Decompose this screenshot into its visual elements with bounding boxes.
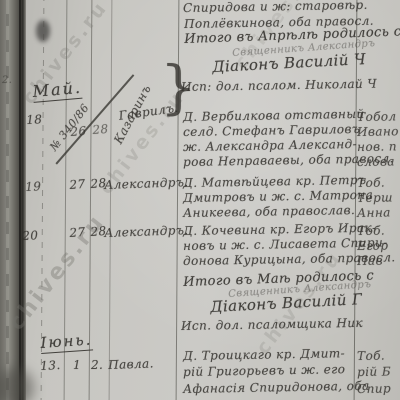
record-line: ж. Александра Александ- — [183, 138, 357, 153]
record-line: Д. Матвѣйцева кр. Петръ — [183, 174, 366, 189]
witness-column-line: Тоб. — [357, 225, 385, 237]
birth-day: 1 — [73, 359, 81, 371]
month-header-june: Іюнь. — [40, 332, 93, 354]
birth-day: 26 — [70, 125, 87, 138]
column-rule — [109, 0, 113, 400]
witness-column-line: слова — [357, 155, 395, 168]
record-line: селд. Стефанъ Гавриловъ — [183, 123, 360, 138]
child-name: Александръ. — [104, 224, 189, 239]
witness-column-line: Пав — [357, 255, 383, 267]
birth-day: 27 — [69, 178, 86, 191]
margin-mark: 2. — [2, 76, 12, 86]
psalmist-signature: Исп: дол. псалом. Николай Ч — [181, 78, 377, 93]
witness-column-line: Ивано — [357, 125, 399, 138]
record-line: Д. Вербилкова отставный — [183, 108, 365, 123]
child-name: Александръ. — [104, 176, 189, 191]
witness-column-line: Терш — [357, 191, 393, 204]
witness-column-line: Тоб. — [357, 177, 385, 189]
witness-column-line: Егор — [357, 239, 389, 252]
record-line: Афанасія Спиридонова, оба — [183, 380, 370, 395]
baptism-day: 2. — [91, 359, 103, 371]
entry-number: 19 — [25, 180, 42, 193]
record-line: Аникеева, оба православ. — [183, 204, 355, 219]
record-line: Д. Кочевина кр. Егоръ Ирак- — [183, 222, 377, 237]
entry-number: 20 — [22, 229, 39, 242]
child-name: Павла. — [108, 357, 154, 371]
scanned-register-page: chives.ru chives.ru chives.ru chives.ru … — [0, 0, 400, 400]
witness-column-line: нов. п — [357, 140, 397, 153]
grouping-brace: } — [160, 58, 197, 116]
witness-column-line: Тобол — [357, 110, 397, 123]
record-line: Спиридова и ж: старовѣр. — [183, 0, 368, 14]
witness-column-line: Тоб. — [357, 350, 385, 362]
record-line: Дмитровъ и ж. с. Матрона — [183, 189, 373, 204]
psalmist-signature: Исп. дол. псаломщика Ник — [181, 317, 363, 332]
record-line: рій Григорьевъ и ж. его — [183, 363, 345, 378]
birth-day: 27 — [69, 226, 86, 239]
entry-number: 18 — [26, 113, 43, 126]
witness-column-line: Анна — [357, 206, 391, 219]
baptism-day: 28 — [92, 123, 109, 136]
record-line: Д. Троицкаго кр. Дмит- — [183, 347, 345, 362]
entry-number: 13. — [40, 359, 61, 372]
witness-column-line: рій Б — [357, 365, 391, 378]
witness-column-line: Спир — [357, 382, 391, 395]
